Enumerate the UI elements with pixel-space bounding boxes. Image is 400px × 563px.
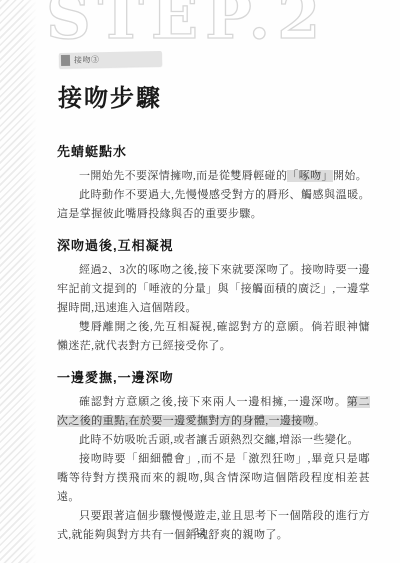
book-page: STEP.2 接吻③ 接吻步驟 先蜻蜓點水 一開始先不要深情擁吻,而是從雙脣輕碰…	[0, 0, 400, 563]
paragraph: 接吻時要「細細體會」,而不是「激烈狂吻」,畢竟只是嘟嘴等待對方撲飛而來的親吻,與…	[57, 450, 370, 507]
paragraph: 一開始先不要深情擁吻,而是從雙脣輕碰的「啄吻」開始。	[57, 167, 370, 186]
text-segment: 此時動作不要過大,先慢慢感受對方的脣形、觸感與溫暖。這是掌握彼此嘴脣投緣與否的重…	[57, 189, 370, 220]
section-first-peck: 先蜻蜓點水 一開始先不要深情擁吻,而是從雙脣輕碰的「啄吻」開始。 此時動作不要過…	[57, 141, 370, 224]
page-content: 先蜻蜓點水 一開始先不要深情擁吻,而是從雙脣輕碰的「啄吻」開始。 此時動作不要過…	[57, 141, 370, 556]
section-caress-and-kiss: 一邊愛撫,一邊深吻 確認對方意願之後,接下來兩人一邊相擁,一邊深吻。第二次之後的…	[57, 367, 370, 545]
page-edge-hatch-texture	[0, 0, 37, 563]
tab-square-icon	[61, 55, 70, 66]
paragraph: 經過2、3次的啄吻之後,接下來就要深吻了。接吻時要一邊牢記前文提到的「唾液的分量…	[57, 261, 370, 318]
section-deep-kiss-gaze: 深吻過後,互相凝視 經過2、3次的啄吻之後,接下來就要深吻了。接吻時要一邊牢記前…	[57, 235, 370, 356]
text-segment: 雙脣離開之後,先互相凝視,確認對方的意願。倘若眼神慵懶迷茫,就代表對方已經接受你…	[57, 321, 370, 352]
text-segment: 經過2、3次的啄吻之後,接下來就要深吻了。接吻時要一邊牢記前文提到的「唾液的分量…	[57, 264, 370, 314]
paragraph: 雙脣離開之後,先互相凝視,確認對方的意願。倘若眼神慵懶迷茫,就代表對方已經接受你…	[57, 318, 370, 356]
text-segment: 一開始先不要深情擁吻,而是從雙脣輕碰的	[79, 170, 287, 182]
text-segment: 確認對方意願之後,接下來兩人一邊相擁,一邊深吻。	[79, 396, 347, 408]
section-heading: 深吻過後,互相凝視	[57, 235, 370, 254]
chapter-tab-label: 接吻③	[74, 56, 100, 65]
text-segment: 開始。	[333, 170, 367, 182]
page-title: 接吻步驟	[58, 78, 162, 113]
paragraph: 此時不妨吸吮舌頭,或者讓舌頭熱烈交纏,增添一些變化。	[57, 431, 370, 450]
text-segment: 接吻時要「細細體會」,而不是「激烈狂吻」,畢竟只是嘟嘴等待對方撲飛而來的親吻,與…	[57, 453, 370, 503]
text-segment: 。	[314, 415, 325, 427]
paragraph: 確認對方意願之後,接下來兩人一邊相擁,一邊深吻。第二次之後的重點,在於要一邊愛撫…	[57, 393, 370, 431]
chapter-tab: 接吻③	[59, 51, 162, 68]
highlighted-text-segment: 「啄吻」	[287, 170, 333, 182]
page-number: 32	[0, 527, 400, 538]
paragraph: 只要跟著這個步驟慢慢遊走,並且思考下一個階段的進行方式,就能夠與對方共有一個銷魂…	[57, 507, 370, 545]
section-heading: 先蜻蜓點水	[57, 141, 370, 160]
section-heading: 一邊愛撫,一邊深吻	[57, 367, 370, 386]
paragraph: 此時動作不要過大,先慢慢感受對方的脣形、觸感與溫暖。這是掌握彼此嘴脣投緣與否的重…	[57, 186, 370, 224]
step-watermark: STEP.2	[46, 0, 327, 53]
text-segment: 此時不妨吸吮舌頭,或者讓舌頭熱烈交纏,增添一些變化。	[79, 434, 359, 446]
